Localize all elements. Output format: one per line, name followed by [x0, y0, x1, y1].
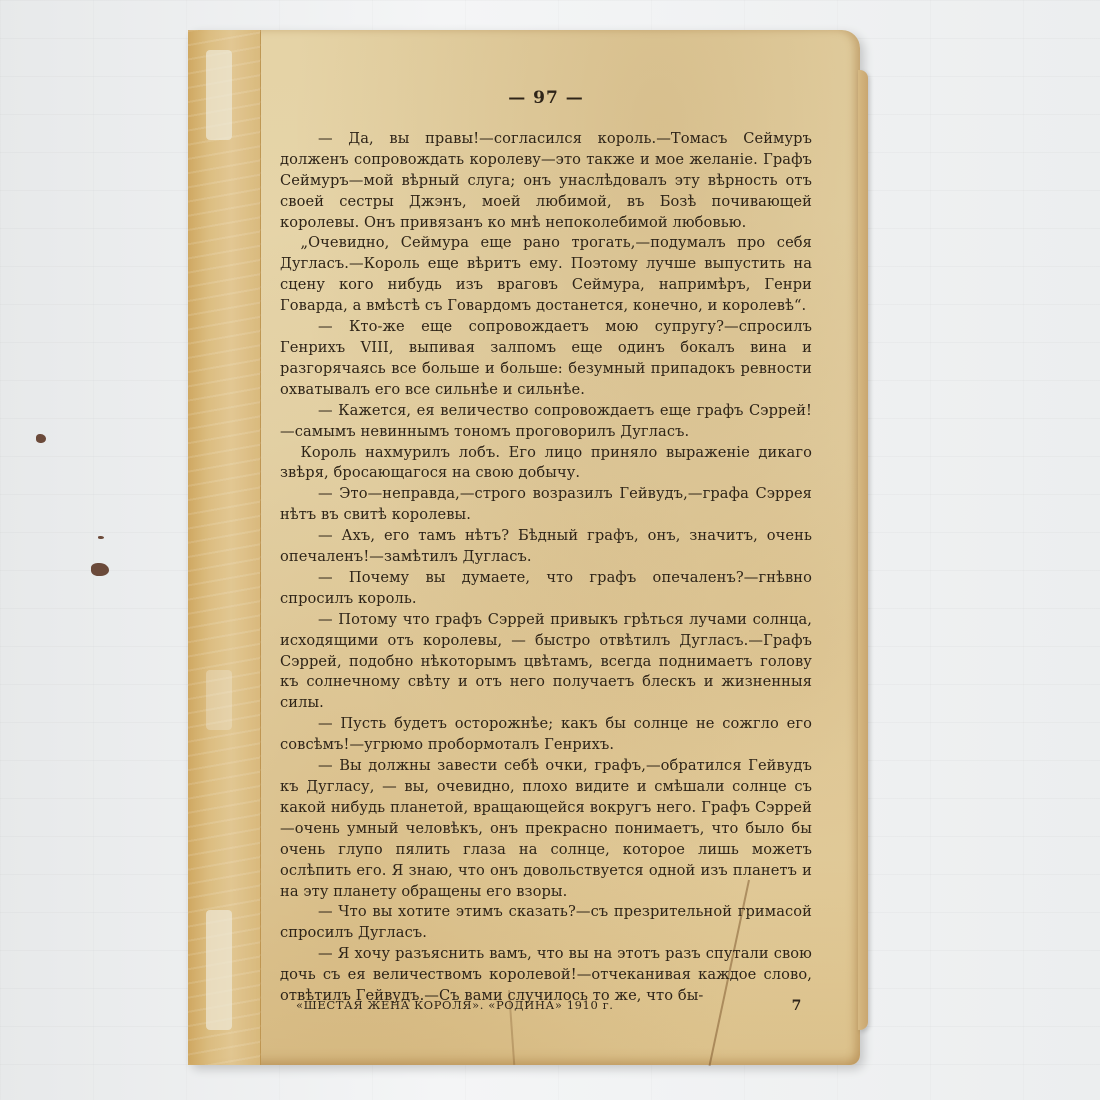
paragraph: — Потому что графъ Сэррей привыкъ грѣтьс… [280, 610, 812, 715]
spine-wear [206, 910, 232, 1030]
wood-fleck [36, 434, 46, 443]
paragraph: — Ахъ, его тамъ нѣтъ? Бѣдный графъ, онъ,… [280, 526, 812, 568]
paragraph: — Кто-же еще сопровождаетъ мою супругу?—… [280, 317, 812, 401]
spine-wear [206, 670, 232, 730]
spine-wear [206, 50, 232, 140]
paragraph: — Вы должны завести себѣ очки, графъ,—об… [280, 756, 812, 902]
paragraph: — Почему вы думаете, что графъ опечаленъ… [280, 568, 812, 610]
paragraph: „Очевидно, Сеймура еще рано трогать,—под… [280, 233, 812, 317]
wood-fleck [98, 536, 104, 539]
signature-mark: 7 [792, 998, 802, 1014]
page-number: — 97 — [280, 88, 812, 109]
spine-repair-tape [188, 30, 261, 1065]
paragraph: — Это—неправда,—строго возразилъ Гейвудъ… [280, 484, 812, 526]
paragraph: — Кажется, ея величество сопровождаетъ е… [280, 401, 812, 443]
imprint: «ШЕСТАЯ ЖЕНА КОРОЛЯ». «РОДИНА» 1910 г. [296, 998, 614, 1014]
page-stack-edge [858, 70, 868, 1030]
page-text: — 97 — — Да, вы правы!—согласился король… [280, 88, 812, 1007]
page-footer: «ШЕСТАЯ ЖЕНА КОРОЛЯ». «РОДИНА» 1910 г. 7 [296, 998, 796, 1014]
paragraph: — Пусть будетъ осторожнѣе; какъ бы солнц… [280, 714, 812, 756]
paragraph: — Что вы хотите этимъ сказать?—съ презри… [280, 902, 812, 944]
paragraph: — Да, вы правы!—согласился король.—Томас… [280, 129, 812, 234]
paragraph: Король нахмурилъ лобъ. Его лицо приняло … [280, 443, 812, 485]
book-page: — 97 — — Да, вы правы!—согласился король… [188, 30, 860, 1065]
wood-fleck [91, 563, 109, 576]
